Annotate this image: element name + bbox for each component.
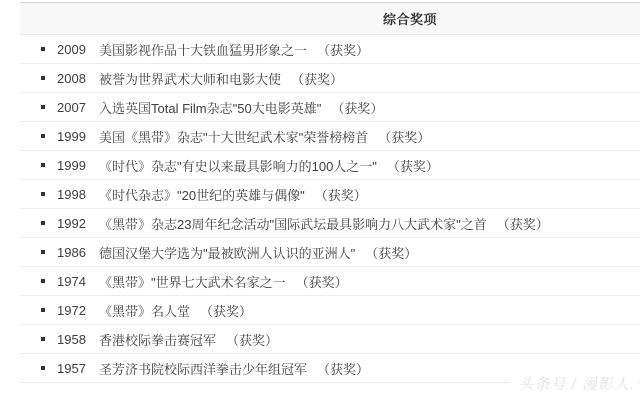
- award-year: 1992: [57, 216, 90, 231]
- award-status: （获奖）: [365, 243, 417, 262]
- award-row: 1998 《时代杂志》"20世纪的英雄与偶像" （获奖）: [20, 180, 640, 209]
- award-year: 1972: [57, 303, 90, 318]
- award-year: 2007: [57, 100, 90, 115]
- award-status: （获奖）: [315, 185, 367, 204]
- award-status: （获奖）: [200, 301, 252, 320]
- bullet-icon: [41, 47, 45, 51]
- award-year: 2009: [57, 42, 90, 57]
- award-year: 1986: [57, 245, 90, 260]
- award-status: （获奖）: [331, 98, 383, 117]
- award-text: 香港校际拳击赛冠军: [99, 330, 216, 349]
- award-row: 1999 美国《黑带》杂志"十大世纪武术家"荣誉榜榜首 （获奖）: [20, 122, 640, 151]
- award-year: 1999: [57, 129, 90, 144]
- awards-table: 综合奖项 2009 美国影视作品十大铁血猛男形象之一 （获奖） 2008 被誉为…: [20, 2, 640, 383]
- bullet-icon: [41, 105, 45, 109]
- award-status: （获奖）: [387, 156, 439, 175]
- award-row: 2007 入选英国Total Film杂志"50大电影英雄" （获奖）: [20, 93, 640, 122]
- bullet-icon: [41, 76, 45, 80]
- award-row: 1986 德国汉堡大学选为"最被欧洲人认识的亚洲人" （获奖）: [20, 238, 640, 267]
- award-status: （获奖）: [378, 127, 430, 146]
- award-year: 1957: [57, 361, 90, 376]
- award-text: 德国汉堡大学选为"最被欧洲人认识的亚洲人": [99, 243, 355, 262]
- award-status: （获奖）: [226, 330, 278, 349]
- table-title: 综合奖项: [383, 9, 437, 28]
- bullet-icon: [41, 192, 45, 196]
- award-text: 美国《黑带》杂志"十大世纪武术家"荣誉榜榜首: [99, 127, 368, 146]
- award-status: （获奖）: [497, 214, 549, 233]
- award-row: 2009 美国影视作品十大铁血猛男形象之一 （获奖）: [20, 35, 640, 64]
- award-status: （获奖）: [317, 359, 369, 378]
- bullet-icon: [41, 366, 45, 370]
- award-text: 《时代》杂志"有史以来最具影响力的100人之一": [99, 156, 377, 175]
- award-row: 1974 《黑带》"世界七大武术名家之一 （获奖）: [20, 267, 640, 296]
- award-year: 1998: [57, 187, 90, 202]
- award-text: 《黑带》"世界七大武术名家之一: [99, 272, 286, 291]
- bullet-icon: [41, 250, 45, 254]
- bullet-icon: [41, 163, 45, 167]
- award-text: 《时代杂志》"20世纪的英雄与偶像": [99, 185, 305, 204]
- award-year: 1999: [57, 158, 90, 173]
- award-text: 被誉为世界武术大师和电影大使: [99, 69, 281, 88]
- bullet-icon: [41, 279, 45, 283]
- award-row: 2008 被誉为世界武术大师和电影大使 （获奖）: [20, 64, 640, 93]
- award-row: 1992 《黑带》杂志23周年纪念活动"国际武坛最具影响力八大武术家"之首 （获…: [20, 209, 640, 238]
- bullet-icon: [41, 337, 45, 341]
- award-status: （获奖）: [296, 272, 348, 291]
- award-text: 《黑带》名人堂: [99, 301, 190, 320]
- award-status: （获奖）: [291, 69, 343, 88]
- award-year: 1974: [57, 274, 90, 289]
- award-row: 1999 《时代》杂志"有史以来最具影响力的100人之一" （获奖）: [20, 151, 640, 180]
- bullet-icon: [41, 134, 45, 138]
- award-text: 入选英国Total Film杂志"50大电影英雄": [99, 98, 321, 117]
- award-status: （获奖）: [317, 40, 369, 59]
- award-row: 1958 香港校际拳击赛冠军 （获奖）: [20, 325, 640, 354]
- page: 综合奖项 2009 美国影视作品十大铁血猛男形象之一 （获奖） 2008 被誉为…: [0, 0, 640, 398]
- award-row: 1972 《黑带》名人堂 （获奖）: [20, 296, 640, 325]
- award-text: 圣芳济书院校际西洋拳击少年组冠军: [99, 359, 307, 378]
- bullet-icon: [41, 221, 45, 225]
- table-header: 综合奖项: [20, 2, 640, 35]
- watermark: 头条号 / 漫影人.: [510, 371, 637, 396]
- award-text: 《黑带》杂志23周年纪念活动"国际武坛最具影响力八大武术家"之首: [99, 214, 487, 233]
- award-year: 1958: [57, 332, 90, 347]
- award-year: 2008: [57, 71, 90, 86]
- bullet-icon: [41, 308, 45, 312]
- award-text: 美国影视作品十大铁血猛男形象之一: [99, 40, 307, 59]
